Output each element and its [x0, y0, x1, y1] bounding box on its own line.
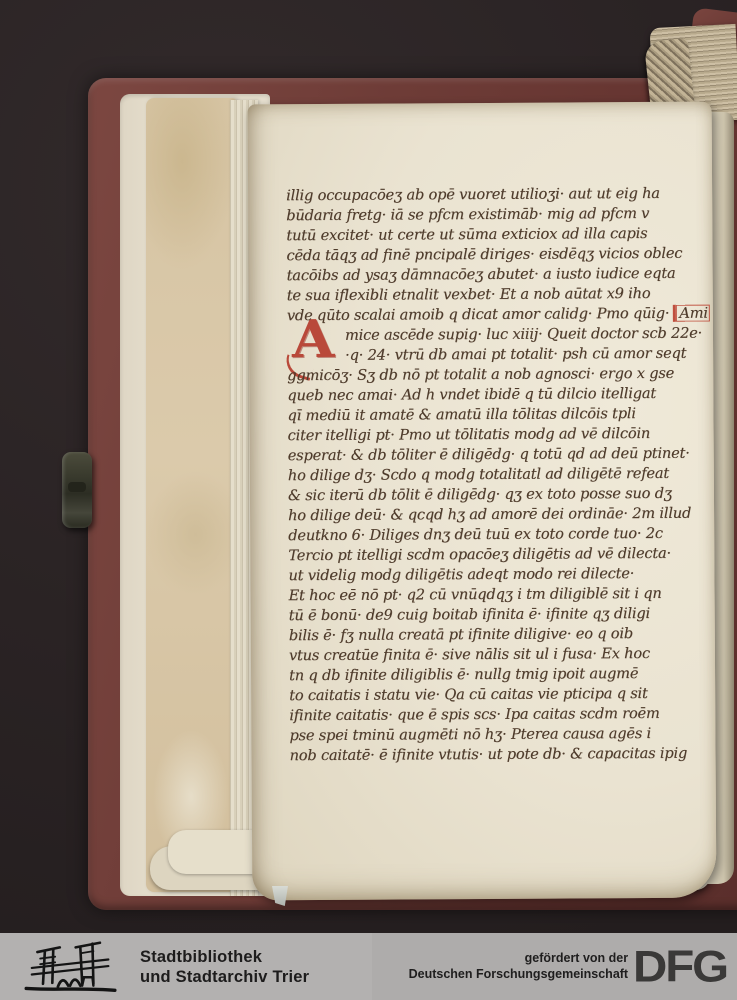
library-name: Stadtbibliothek und Stadtarchiv Trier	[140, 947, 309, 987]
manuscript-line: te sua iflexibli etnalit vexbet· Et a no…	[287, 284, 707, 307]
library-banner-section: Stadtbibliothek und Stadtarchiv Trier	[0, 933, 372, 1000]
manuscript-line-text: vde qūto scalai amoib q dicat amor calid…	[287, 305, 670, 324]
manuscript-line: illig occupacōeʒ ab opē vuoret utilioʒi·…	[286, 184, 706, 207]
manuscript-line: ggmicōʒ· Sʒ db nō pt totalit a nob agnos…	[287, 364, 707, 387]
porta-nigra-sketch-logo-icon	[16, 939, 126, 995]
manuscript-line: to caitatis i statu vie· Qa cū caitas vi…	[289, 684, 709, 707]
manuscript-line: nob caitatē· ē ifinite vtutis· ut pote d…	[289, 744, 709, 767]
manuscript-line: cēda tāqʒ ad finē pncipalē diriges· eisd…	[286, 244, 706, 267]
book-clasp	[62, 452, 92, 528]
manuscript-line: ho dilige deū· & qcqd hʒ ad amorē dei or…	[288, 504, 708, 527]
manuscript-line: ifinite caitatis· que ē spis scs· Ipa ca…	[289, 704, 709, 727]
manuscript-line: ·q· 24· vtrū db amai pt totalit· psh cū …	[287, 344, 707, 367]
manuscript-line: tn q db ifinite diligiblis ē· nullg tmig…	[289, 664, 709, 687]
text-block: illig occupacōeʒ ab opē vuoret utilioʒi·…	[286, 184, 710, 767]
dfg-wordmark-icon: DFG	[633, 944, 727, 989]
manuscript-line: ho dilige dʒ· Scdo q modg totalitatl ad …	[288, 464, 708, 487]
manuscript-line: ut videlig modg diligētis adeqt modo rei…	[288, 564, 708, 587]
manuscript-line: tacōibs ad ysaʒ dāmnacōeʒ abutet· a iust…	[287, 264, 707, 287]
manuscript-line: qī mediū it amatē & amatū illa tōlitas d…	[287, 404, 707, 427]
older-parchment-leaf	[146, 98, 236, 892]
manuscript-line: mice ascēde supig· luc xiiij· Queit doct…	[287, 324, 707, 347]
manuscript-line: Tercio pt itelligi scdm opacōeʒ diligēti…	[288, 544, 708, 567]
manuscript-line: būdaria fretg· iā se pfcm existimāb· mig…	[286, 204, 706, 227]
funding-credit-line2: Deutschen Forschungsgemeinschaft	[409, 967, 629, 983]
manuscript-line: & sic iterū db tōlit ē diligēdg· qʒ ex t…	[288, 484, 708, 507]
funding-credit: gefördert von der Deutschen Forschungsge…	[409, 951, 629, 982]
funding-credit-line1: gefördert von der	[409, 951, 629, 967]
funding-banner-section: gefördert von der Deutschen Forschungsge…	[372, 933, 737, 1000]
library-name-line2: und Stadtarchiv Trier	[140, 967, 309, 987]
manuscript-line: vde qūto scalai amoib q dicat amor calid…	[287, 304, 707, 327]
manuscript-line: queb nec amai· Ad h vndet ibidē q tū dil…	[287, 384, 707, 407]
manuscript-line: pse spei tminū augmēti nō hʒ· Pterea cau…	[289, 724, 709, 747]
manuscript-line: deutkno 6· Diliges dnʒ deū tuū ex toto c…	[288, 524, 708, 547]
institution-banner: Stadtbibliothek und Stadtarchiv Trier ge…	[0, 933, 737, 1000]
manuscript-page: A illig occupacōeʒ ab opē vuoret utilioʒ…	[248, 102, 717, 901]
manuscript-line: citer itelligi pt· Pmo ut tōlitatis modg…	[288, 424, 708, 447]
library-name-line1: Stadtbibliothek	[140, 947, 309, 967]
manuscript-line: Et hoc eē nō pt· q2 cū vnūqdqʒ i tm dili…	[289, 584, 709, 607]
manuscript-line: tū ē bonū· de9 cuig boitab ifinita ē· if…	[289, 604, 709, 627]
manuscript-line: vtus creatūe finita ē· sive nālis sit ul…	[289, 644, 709, 667]
digitized-book-photo: A illig occupacōeʒ ab opē vuoret utilioʒ…	[0, 0, 737, 933]
manuscript-line: bilis ē· fʒ nulla creatā pt ifinite dili…	[289, 624, 709, 647]
rubricator-guide-word: Ami	[673, 305, 710, 322]
manuscript-line: esperat· & db tōliter ē diligēdg· q totū…	[288, 444, 708, 467]
manuscript-line: tutū excitet· ut certe ut sūma exticiox …	[286, 224, 706, 247]
